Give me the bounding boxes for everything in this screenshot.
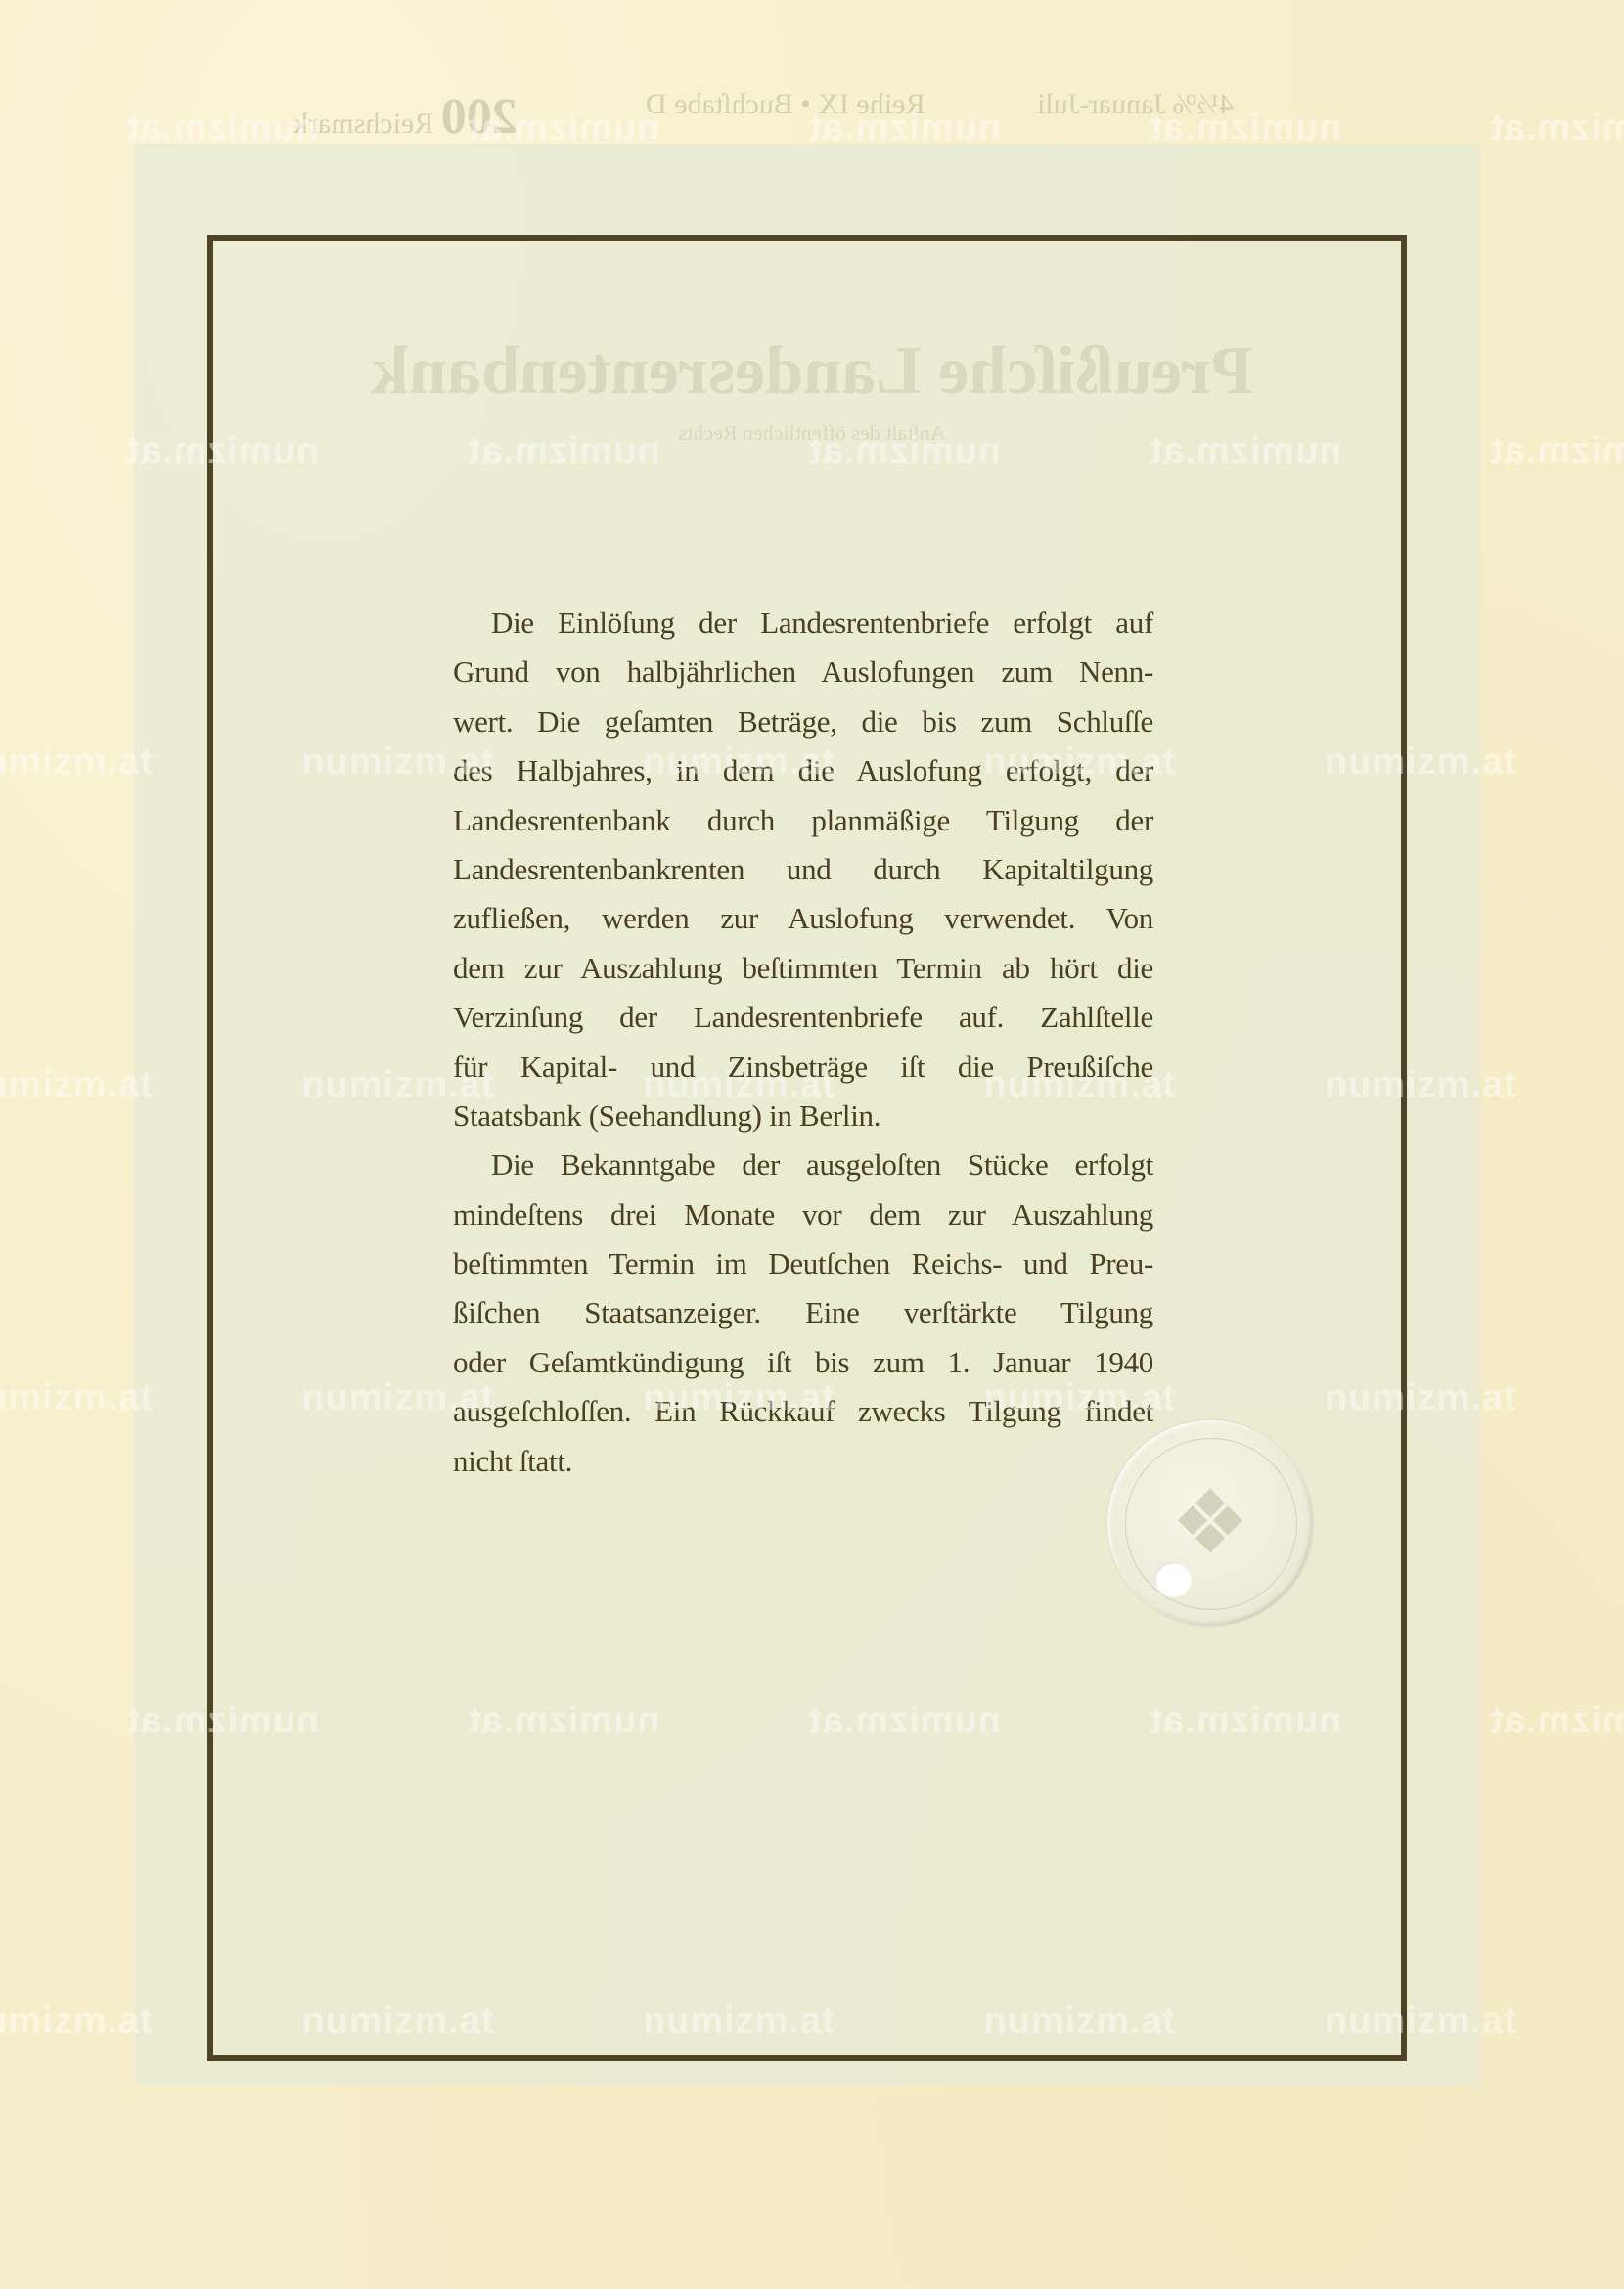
bleed-amount-value: 200: [441, 89, 518, 145]
text-line: für Kapital- und Zinsbeträge iſt die Pre…: [453, 1043, 1153, 1092]
embossed-seal: ❖: [1107, 1420, 1313, 1626]
bleed-interest: 4½% Januar-Juli: [1037, 88, 1234, 121]
text-line: ausgeſchloſſen. Ein Rückkauf zwecks Tilg…: [453, 1387, 1153, 1436]
text-line: Die Einlöſung der Landesrentenbriefe erf…: [453, 599, 1153, 648]
text-line: Verzinſung der Landesrentenbriefe auf. Z…: [453, 993, 1153, 1042]
text-line: Staatsbank (Seehandlung) in Berlin.: [453, 1092, 1153, 1141]
text-line: mindeſtens drei Monate vor dem zur Ausza…: [453, 1190, 1153, 1239]
paragraph-2: Die Bekanntgabe der ausgeloſten Stücke e…: [453, 1141, 1153, 1486]
paragraph-1: Die Einlöſung der Landesrentenbriefe erf…: [453, 599, 1153, 1141]
text-line: zufließen, werden zur Auslofung verwende…: [453, 894, 1153, 943]
bleed-amount: 200 Reichsmark: [293, 88, 518, 146]
text-line: Landesrentenbank durch planmäßige Tilgun…: [453, 796, 1153, 845]
text-line: beſtimmten Termin im Deutſchen Reichs- u…: [453, 1239, 1153, 1288]
text-line: Landesrentenbankrenten und durch Kapital…: [453, 845, 1153, 894]
bleed-series: Reihe IX • Buchſtabe D: [646, 88, 925, 121]
text-line: des Halbjahres, in dem die Auslofung erf…: [453, 746, 1153, 795]
bleed-amount-unit: Reichsmark: [293, 108, 433, 140]
text-line: Grund von halbjährlichen Auslofungen zum…: [453, 648, 1153, 696]
text-line: oder Geſamtkündigung iſt bis zum 1. Janu…: [453, 1338, 1153, 1387]
text-line: Die Bekanntgabe der ausgeloſten Stücke e…: [453, 1141, 1153, 1189]
redemption-terms-text: Die Einlöſung der Landesrentenbriefe erf…: [453, 599, 1153, 1486]
text-line: nicht ſtatt.: [453, 1437, 1153, 1486]
text-line: wert. Die geſamten Beträge, die bis zum …: [453, 697, 1153, 746]
text-line: dem zur Auszahlung beſtimmten Termin ab …: [453, 944, 1153, 993]
text-line: ßiſchen Staatsanzeiger. Eine verſtärkte …: [453, 1288, 1153, 1337]
punch-hole: [1154, 1562, 1192, 1597]
